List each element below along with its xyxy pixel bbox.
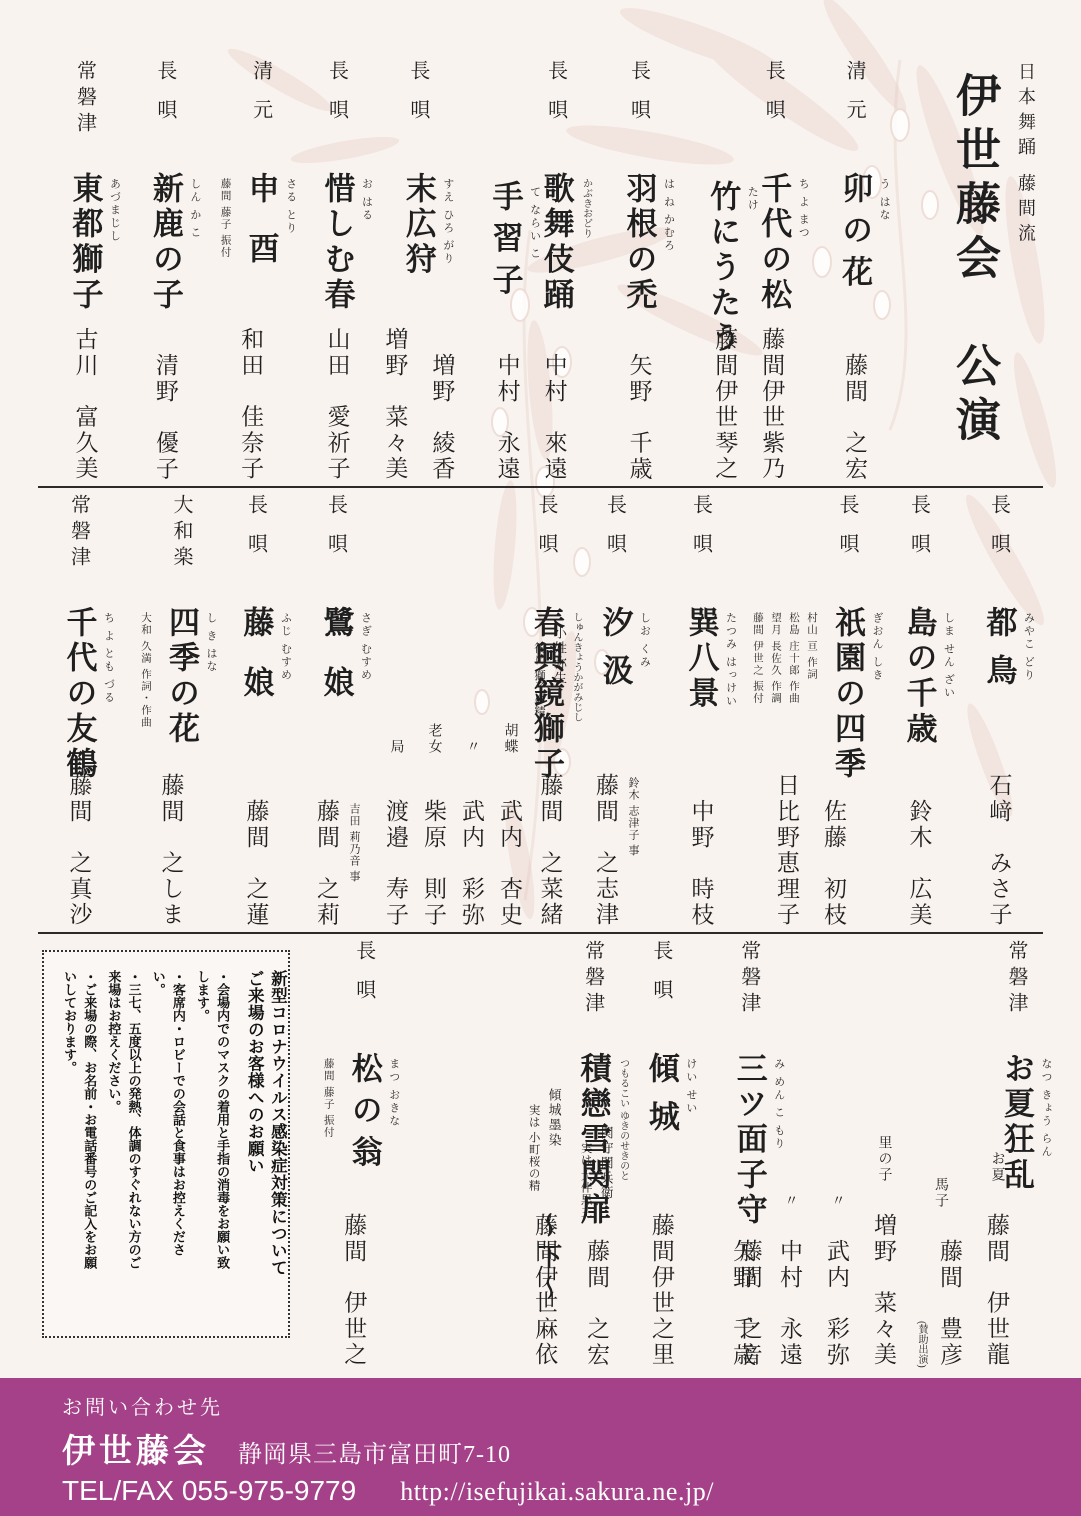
- performer-name: 藤間 伊世之: [337, 1213, 370, 1368]
- performer-name: 藤間伊世琴之: [708, 327, 741, 482]
- notice-title-line2: ご来場のお客様へのお願い: [242, 970, 265, 1318]
- furigana: は ね かむろ: [660, 178, 676, 253]
- program-entry: 長唄 島の千歳 しま せん ざい 鈴木 広美: [879, 494, 959, 932]
- genre-label: 常磐津: [65, 494, 94, 598]
- title-wrap: 都鳥 みやこ どり: [977, 606, 1022, 707]
- genre-label: 長唄: [350, 940, 379, 1044]
- performer-name: 増野 菜々美: [378, 327, 411, 482]
- furigana: ち よ まつ: [795, 178, 811, 240]
- genre-label: 常磐津: [735, 940, 764, 1044]
- role-group: 小姓弥生 後に 獅子の精: [531, 626, 569, 730]
- title-wrap: 巽八景 たつみ はっけい: [679, 606, 724, 717]
- attribution-text: 藤間 伊世之 振付: [750, 612, 765, 788]
- furigana: ち よ とも づる: [101, 612, 117, 704]
- contact-footer: お問い合わせ先 伊世藤会 静岡県三島市富田町7-10 TEL/FAX 055-9…: [0, 1378, 1081, 1516]
- notice-bullet: ・会場内でのマスクの着用と手指の消毒をお願い致します。: [192, 970, 232, 1270]
- entry-head: 長唄 島の千歳 しま せん ざい: [879, 494, 959, 752]
- cast-unit: 佐藤 初枝: [817, 799, 850, 928]
- entry-head: 長唄 羽根の禿 は ね かむろ: [600, 60, 678, 318]
- performer-name: 藤間伊世紫乃: [755, 327, 788, 482]
- program-page: 日本舞踊 藤間流 伊世藤会 公演 清元 卯の花 う はな: [0, 0, 1081, 1516]
- cast-unit: 局 渡邉 寿子: [379, 739, 412, 928]
- program-entry: 長唄 鷺娘 さぎ むすめ 藤間 之莉 吉田 莉乃音 事: [291, 494, 381, 932]
- attribution: 大和 久満 作詞・作曲: [138, 612, 153, 752]
- title-wrap: 祇園の四季 ぎおん しき: [825, 606, 870, 788]
- cast: 古川 富久美: [42, 327, 128, 482]
- cast-unit: 藤間 伊世之: [337, 1213, 370, 1368]
- cast-unit: 清野 優子: [149, 353, 182, 482]
- performer-name: 藤間 豊彦: [933, 1239, 966, 1368]
- genre-label: 常磐津: [579, 940, 608, 1044]
- piece-title: 羽根の禿: [616, 172, 661, 313]
- program-entry: 長唄 千代の松 ち よ まつ 竹にうたう たけ: [678, 60, 818, 486]
- notice-bullet: ・客席内・ロビーでの会話と食事はお控えください。: [148, 970, 188, 1270]
- title-column: 長唄 末広狩 すえ ひろ がり: [396, 60, 441, 283]
- cast: 関守関兵衛 実は 大伴黒主 藤間 之宏 傾城墨染 実は 小町桜の精 藤間伊世麻依: [418, 1088, 616, 1368]
- covid-notice-content: 新型コロナウイルス感染症対策について ご来場のお客様へのお願い ・会場内でのマス…: [59, 970, 288, 1318]
- cast: 藤間 之音: [707, 1239, 791, 1368]
- cast: 藤間 之しま: [121, 773, 221, 928]
- contact-line: TEL/FAX 055-975-9779 http://isefujikai.s…: [62, 1475, 1081, 1507]
- performer-name: 武内 彩弥: [820, 1239, 853, 1368]
- cast-unit: 藤間伊世之里: [645, 1213, 678, 1368]
- furigana: ぎおん しき: [869, 612, 885, 682]
- genre-label: 長唄: [647, 940, 676, 1044]
- cast-unit: 藤間 之宏: [838, 353, 871, 482]
- entry-head: 長唄 藤娘 ふじ むすめ: [221, 494, 291, 732]
- performer-name: 藤間 之しま: [155, 773, 188, 928]
- cast-unit: 関守関兵衛 実は 大伴黒主 藤間 之宏: [578, 1126, 616, 1368]
- entry-head: 長唄 歌舞伎踊 かぶきおどり 手習子 て ならい こ: [462, 60, 600, 318]
- performer-name: 藤間 之菜緒: [534, 773, 567, 928]
- performer-name: 中村 永遠: [491, 353, 524, 482]
- performer-name: 藤間 之宏: [580, 1239, 613, 1368]
- title-wrap: 申酉 さる とり: [239, 172, 284, 298]
- program-header: 日本舞踊 藤間流 伊世藤会 公演: [891, 60, 1039, 486]
- organization-name: 伊世藤会: [62, 1425, 210, 1472]
- title-column: 常磐津 三ツ面子守 み めん こ もり: [727, 940, 772, 1234]
- cast: 藤間伊世紫乃 藤間伊世琴之: [678, 327, 818, 482]
- cast-unit: 胡蝶 武内 杏史: [493, 723, 526, 928]
- furigana: あづまじし: [107, 178, 123, 243]
- performer-name: 石﨑 みさ子: [983, 773, 1016, 928]
- genre-label: 大和楽: [167, 494, 196, 598]
- cast: 山田 愛祈子: [299, 327, 375, 482]
- school-column: 日本舞踊 藤間流: [1013, 60, 1039, 450]
- notice-bullet: ・三七、五度以上の発熱、体調のすぐれない方のご来場はお控えください。: [103, 970, 143, 1270]
- entry-head: 清元 申酉 さる とり 藤間 藤子 振付: [203, 60, 299, 298]
- furigana: み めん こ もり: [771, 1058, 787, 1150]
- genre-label: 長唄: [151, 60, 180, 164]
- cast-unit: 和田 佳奈子: [234, 327, 267, 482]
- title-wrap: 傾城 けい せい: [639, 1052, 684, 1153]
- role-label: 〃: [826, 1193, 846, 1209]
- genre-label: 長唄: [322, 60, 351, 164]
- attribution-text: 藤間 藤子 振付: [218, 178, 233, 298]
- title-wrap: 東都獅子 あづまじし: [63, 172, 108, 318]
- performer-name: 中村 來遠: [538, 353, 571, 482]
- cast-unit: 里の子 増野 菜々美: [867, 1135, 900, 1368]
- role-group: 傾城墨染 実は 小町桜の精: [526, 1088, 564, 1191]
- title-column: 常磐津 千代の友鶴 ち よ とも づる: [57, 494, 102, 788]
- genre-label: 清元: [247, 60, 276, 164]
- piece-title: 巽八景: [679, 606, 724, 712]
- program-section-1: 日本舞踊 藤間流 伊世藤会 公演 清元 卯の花 う はな: [0, 54, 1081, 486]
- cast: 佐藤 初枝 日比野恵理子: [741, 773, 879, 928]
- furigana: つもるこい ゆきのせきのと: [616, 1058, 631, 1181]
- title-wrap: 松の翁 まつ おきな: [342, 1052, 387, 1183]
- notice-title-line1: 新型コロナウイルス感染症対策について: [265, 970, 288, 1318]
- cast-unit: 古川 富久美: [69, 327, 102, 482]
- piece-title: 惜しむ春: [314, 172, 359, 313]
- title-column: 長唄 羽根の禿 は ね かむろ: [616, 60, 661, 318]
- furigana: たけ: [744, 186, 760, 212]
- performer-name: 増野 菜々美: [867, 1213, 900, 1368]
- program-entry: 常磐津 積戀雪関扉 つもるこい ゆきのせきのと 〜下〜 関守関兵衛: [418, 940, 616, 1372]
- piece-title: 四季の花: [159, 606, 204, 747]
- genre-label: 長唄: [322, 494, 351, 598]
- piece-title: 申酉: [239, 172, 284, 293]
- contact-line: 伊世藤会 静岡県三島市富田町7-10: [62, 1425, 1081, 1472]
- furigana: さぎ むすめ: [358, 612, 374, 682]
- attribution-text: 松島 庄十郎 作曲: [786, 612, 801, 788]
- furigana: たつみ はっけい: [723, 612, 739, 708]
- header-columns: 日本舞踊 藤間流 伊世藤会 公演: [891, 60, 1039, 450]
- genre-label: 常磐津: [71, 60, 100, 164]
- performer-name: 藤間 之音: [733, 1239, 766, 1368]
- program-section-2: 長唄 都鳥 みやこ どり 石﨑 みさ子 長唄: [0, 488, 1081, 932]
- program-entry: 長唄 松の翁 まつ おきな 藤間 藤子 振付 藤間 伊世之: [300, 940, 408, 1372]
- entry-head: 長唄 祇園の四季 ぎおん しき 村山 亘 作詞 松島 庄十郎 作曲 望月 長佐久…: [741, 494, 879, 788]
- furigana: お はる: [358, 178, 374, 222]
- attribution: 藤間 藤子 振付: [218, 178, 233, 298]
- entry-head: 常磐津 千代の友鶴 ち よ とも づる: [37, 494, 121, 788]
- role-label: 傾城墨染: [545, 1088, 564, 1191]
- genre-label: 長唄: [759, 60, 788, 164]
- title-column: 清元 卯の花 う はな: [832, 60, 877, 303]
- title-column: 長唄 傾城 けい せい: [639, 940, 684, 1153]
- genre-label: 長唄: [985, 494, 1014, 598]
- address: 静岡県三島市富田町7-10: [238, 1434, 511, 1469]
- performer-name: 日比野恵理子: [770, 773, 803, 928]
- title-column: 長唄 新鹿の子 しん か こ: [143, 60, 188, 318]
- program-entry: 清元 申酉 さる とり 藤間 藤子 振付 和田 佳奈子: [203, 60, 299, 486]
- cast: 藤間 之真沙: [37, 773, 121, 928]
- cast-unit: 藤間 之莉 吉田 莉乃音 事: [310, 799, 362, 928]
- title-column: 長唄 汐汲 しお くみ: [593, 494, 638, 707]
- guest-note: (賛助出演): [914, 1321, 929, 1368]
- entry-head: 大和楽 四季の花 し き はな 大和 久満 作詞・作曲: [121, 494, 221, 752]
- piece-title: 都鳥: [977, 606, 1022, 702]
- entry-head: 長唄 都鳥 みやこ どり: [959, 494, 1039, 707]
- role-label: 馬子: [930, 1177, 950, 1209]
- genre-label: 長唄: [532, 494, 561, 598]
- entry-head: 常磐津 東都獅子 あづまじし: [42, 60, 128, 318]
- furigana: さる とり: [283, 178, 299, 235]
- role-label: 〃: [462, 739, 482, 755]
- performer-name: 武内 杏史: [493, 799, 526, 928]
- cast: 矢野 千歳: [600, 353, 678, 482]
- program-entry: 長唄 羽根の禿 は ね かむろ 矢野 千歳: [600, 60, 678, 486]
- performer-name: 藤間伊世麻依: [528, 1213, 561, 1368]
- notice-bullet: ・ご来場の際、お名前・お電話番号のご記入をお願いしております。: [59, 970, 99, 1270]
- covid-notice-box: 新型コロナウイルス感染症対策について ご来場のお客様へのお願い ・会場内でのマス…: [42, 950, 290, 1338]
- performer-alias: 鈴木 志津子 事: [625, 777, 641, 857]
- cast-unit: 藤間 之蓮: [240, 799, 273, 928]
- program-entry: 常磐津 東都獅子 あづまじし 古川 富久美: [42, 60, 128, 486]
- attribution: 村山 亘 作詞 松島 庄十郎 作曲 望月 長佐久 作調 藤間 伊世之 振付: [750, 612, 819, 788]
- cast-unit: 日比野恵理子: [770, 773, 803, 928]
- title-column: 長唄 祇園の四季 ぎおん しき: [825, 494, 870, 788]
- entry-head: 長唄 新鹿の子 しん か こ: [128, 60, 202, 318]
- genre-label: 長唄: [242, 494, 271, 598]
- piece-title: 汐汲: [593, 606, 638, 702]
- program-entry: 清元 卯の花 う はな 藤間 之宏: [819, 60, 891, 486]
- cast: 中村 來遠 中村 永遠: [462, 353, 600, 482]
- notice-bullets: ・会場内でのマスクの着用と手指の消毒をお願い致します。 ・客席内・ロビーでの会話…: [59, 970, 232, 1318]
- cast-unit: 石﨑 みさ子: [983, 773, 1016, 928]
- performer-name: 藤間 之宏: [838, 353, 871, 482]
- performer-name: 藤間 之蓮: [240, 799, 273, 928]
- title-column: 大和楽 四季の花 し き はな: [159, 494, 204, 752]
- genre-label: 長唄: [905, 494, 934, 598]
- furigana: う はな: [876, 178, 892, 222]
- furigana: かぶきおどり: [579, 178, 594, 238]
- piece-title: 三ツ面子守: [727, 1052, 772, 1229]
- cast-unit: 藤間 之しま: [155, 773, 188, 928]
- cast: お夏 藤間 伊世龍 馬子 (賛助出演) 藤間 豊彦 里の子 増野 菜々美: [801, 1135, 1013, 1368]
- main-title-column: 伊世藤会 公演: [942, 60, 1007, 450]
- furigana: て ならい こ: [527, 186, 543, 261]
- performer-name: 藤間 伊世龍: [980, 1213, 1013, 1368]
- cast: 藤間 之莉 吉田 莉乃音 事: [291, 799, 381, 928]
- cast-unit: 山田 愛祈子: [320, 327, 353, 482]
- performer-name: 和田 佳奈子: [234, 327, 267, 482]
- program-entry: 長唄 春興鏡獅子 しゅんきょうかがみじし 小姓弥生 後に 獅子の精 藤間 之菜緒: [381, 494, 569, 932]
- entry-head: 長唄 千代の松 ち よ まつ 竹にうたう たけ: [678, 60, 818, 362]
- role-label: お夏: [986, 1151, 1006, 1183]
- program-entry: 長唄 祇園の四季 ぎおん しき 村山 亘 作詞 松島 庄十郎 作曲 望月 長佐久…: [741, 494, 879, 932]
- furigana: ふじ むすめ: [278, 612, 294, 682]
- title-wrap: 末広狩 すえ ひろ がり: [396, 172, 441, 283]
- furigana: なつ きょう らん: [1038, 1058, 1054, 1159]
- piece-title: 東都獅子: [63, 172, 108, 313]
- title-wrap: 鷺娘 さぎ むすめ: [314, 606, 359, 732]
- title-column: 清元 申酉 さる とり: [239, 60, 284, 298]
- cast-unit: 中村 來遠: [538, 353, 571, 482]
- title-column: 長唄 松の翁 まつ おきな: [342, 940, 387, 1183]
- performer-name: 鈴木 広美: [903, 799, 936, 928]
- cast-unit: 〃 武内 彩弥: [455, 739, 488, 928]
- title-column: 手習子 て ならい こ: [483, 172, 528, 318]
- performer-alias: 吉田 莉乃音 事: [346, 803, 362, 883]
- piece-title: 藤娘: [234, 606, 279, 727]
- genre-label: 長唄: [404, 60, 433, 164]
- piece-title: 手習子: [483, 180, 528, 306]
- title-column: 長唄 惜しむ春 お はる: [314, 60, 359, 318]
- cast: 藤間 之宏: [819, 353, 891, 482]
- name-group: 藤間 之志津 鈴木 志津子 事: [589, 773, 641, 928]
- program-entry: 常磐津 三ツ面子守 み めん こ もり 藤間 之音: [707, 940, 791, 1372]
- performer-name: 山田 愛祈子: [320, 327, 353, 482]
- tel-fax: TEL/FAX 055-975-9779: [62, 1475, 356, 1507]
- program-entry: 長唄 歌舞伎踊 かぶきおどり 手習子 て ならい こ: [462, 60, 600, 486]
- cast: 藤間伊世之里: [625, 1213, 697, 1368]
- program-entry: 長唄 巽八景 たつみ はっけい 中野 時枝: [661, 494, 741, 932]
- piece-title: 傾城: [639, 1052, 684, 1148]
- cast-unit: 増野 菜々美: [378, 327, 411, 482]
- cast-unit: 中野 時枝: [685, 799, 718, 928]
- program-entry: 常磐津 お夏狂乱 なつ きょう らん お夏 藤間 伊世龍 馬子: [801, 940, 1039, 1372]
- performer-name: 藤間 之志津: [589, 773, 622, 928]
- cast: 小姓弥生 後に 獅子の精 藤間 之菜緒 胡蝶 武内 杏史 〃 武内 彩弥: [381, 626, 569, 928]
- title-column: 長唄 巽八景 たつみ はっけい: [679, 494, 724, 717]
- program-entry: 大和楽 四季の花 し き はな 大和 久満 作詞・作曲 藤間 之しま: [121, 494, 221, 932]
- title-column: 長唄 鷺娘 さぎ むすめ: [314, 494, 359, 732]
- performer-name: 藤間 之莉: [310, 799, 343, 928]
- program-entry: 長唄 末広狩 すえ ひろ がり 増野 綾香 増野 菜々美: [375, 60, 461, 486]
- piece-title: 新鹿の子: [143, 172, 188, 313]
- title-wrap: 四季の花 し き はな: [159, 606, 204, 752]
- performer-name: 佐藤 初枝: [817, 799, 850, 928]
- entry-head: 長唄 鷺娘 さぎ むすめ: [291, 494, 381, 732]
- cast: 中野 時枝: [661, 799, 741, 928]
- title-wrap: 手習子 て ならい こ: [483, 180, 528, 311]
- role-sublabel: 実は 大伴黒主: [578, 1142, 594, 1217]
- genre-label: 長唄: [624, 60, 653, 164]
- title-column: 長唄 島の千歳 しま せん ざい: [897, 494, 942, 752]
- role-sublabel: 実は 小町桜の精: [526, 1104, 542, 1191]
- performer-name: 中野 時枝: [685, 799, 718, 928]
- title-wrap: 島の千歳 しま せん ざい: [897, 606, 942, 752]
- furigana: しま せん ざい: [941, 612, 957, 700]
- page-title: 伊世藤会 公演: [942, 72, 1007, 450]
- attribution-text: 大和 久満 作詞・作曲: [138, 612, 153, 752]
- cast-unit: 老女 柴原 則子: [417, 723, 450, 928]
- attribution-text: 村山 亘 作詞: [804, 612, 819, 788]
- contact-label: お問い合わせ先: [62, 1391, 1081, 1420]
- name-group: (賛助出演) 藤間 豊彦: [914, 1239, 966, 1368]
- entry-head: 長唄 末広狩 すえ ひろ がり: [375, 60, 461, 283]
- title-wrap: 三ツ面子守 み めん こ もり: [727, 1052, 772, 1234]
- performer-name: 藤間伊世之里: [645, 1213, 678, 1368]
- role-label: 胡蝶: [500, 723, 520, 755]
- cast: 藤間 之蓮: [221, 799, 291, 928]
- cast-unit: 藤間 之志津 鈴木 志津子 事: [589, 773, 641, 928]
- cast-unit: 藤間伊世紫乃: [755, 327, 788, 482]
- cast-unit: 矢野 千歳: [622, 353, 655, 482]
- cast: 石﨑 みさ子: [959, 773, 1039, 928]
- furigana: し き はな: [203, 612, 219, 674]
- program-entry: 長唄 新鹿の子 しん か こ 清野 優子: [128, 60, 202, 486]
- cast-unit: 鈴木 広美: [903, 799, 936, 928]
- furigana: みやこ どり: [1021, 612, 1037, 682]
- cast: 藤間 伊世之: [300, 1213, 408, 1368]
- title-column: 長唄 藤娘 ふじ むすめ: [234, 494, 279, 732]
- role-group: 関守関兵衛 実は 大伴黒主: [578, 1126, 616, 1217]
- performer-name: 清野 優子: [149, 353, 182, 482]
- entry-head: 清元 卯の花 う はな: [819, 60, 891, 303]
- entry-head: 長唄 惜しむ春 お はる: [299, 60, 375, 318]
- attribution: 藤間 藤子 振付: [321, 1058, 336, 1183]
- name-group: 藤間 之莉 吉田 莉乃音 事: [310, 799, 362, 928]
- piece-title: 祇園の四季: [825, 606, 870, 783]
- entry-head: 長唄 傾城 けい せい: [625, 940, 697, 1153]
- title-wrap: 千代の友鶴 ち よ とも づる: [57, 606, 102, 788]
- performer-name: 武内 彩弥: [455, 799, 488, 928]
- performer-name: 柴原 則子: [417, 799, 450, 928]
- school-name: 日本舞踊 藤間流: [1013, 62, 1039, 249]
- website-url: http://isefujikai.sakura.ne.jp/: [400, 1477, 714, 1507]
- piece-title: 島の千歳: [897, 606, 942, 747]
- cast-unit: 小姓弥生 後に 獅子の精 藤間 之菜緒: [531, 626, 569, 928]
- program-entry: 長唄 傾城 けい せい 藤間伊世之里: [625, 940, 697, 1372]
- entry-head: 長唄 巽八景 たつみ はっけい: [661, 494, 741, 717]
- cast-unit: 中村 永遠: [491, 353, 524, 482]
- cast-unit: 〃 武内 彩弥: [820, 1193, 853, 1368]
- cast-unit: 傾城墨染 実は 小町桜の精 藤間伊世麻依: [526, 1088, 564, 1368]
- piece-title: 鷺娘: [314, 606, 359, 727]
- performer-name: 渡邉 寿子: [379, 799, 412, 928]
- role-label: 局: [386, 739, 406, 755]
- piece-title: 末広狩: [396, 172, 441, 278]
- performer-name: 矢野 千歳: [622, 353, 655, 482]
- performer-name: 古川 富久美: [69, 327, 102, 482]
- cast: 清野 優子: [128, 353, 202, 482]
- entry-head: 常磐津 三ツ面子守 み めん こ もり: [707, 940, 791, 1234]
- program-entry: 常磐津 千代の友鶴 ち よ とも づる 藤間 之真沙: [37, 494, 121, 932]
- entry-head: 長唄 松の翁 まつ おきな 藤間 藤子 振付: [300, 940, 408, 1183]
- role-label: 里の子: [873, 1135, 893, 1183]
- cast-unit: 藤間伊世琴之: [708, 327, 741, 482]
- cast: 鈴木 広美: [879, 799, 959, 928]
- title-wrap: 卯の花 う はな: [832, 172, 877, 303]
- furigana: すえ ひろ がり: [440, 178, 456, 266]
- genre-label: 常磐津: [1002, 940, 1031, 1044]
- title-column: 長唄 都鳥 みやこ どり: [977, 494, 1022, 707]
- program-entry: 長唄 惜しむ春 お はる 山田 愛祈子: [299, 60, 375, 486]
- cast-unit: 馬子 (賛助出演) 藤間 豊彦: [914, 1177, 966, 1368]
- title-column: 常磐津 東都獅子 あづまじし: [63, 60, 108, 318]
- cast: 藤間 之志津 鈴木 志津子 事: [569, 773, 661, 928]
- cast: 増野 綾香 増野 菜々美: [375, 327, 461, 482]
- title-wrap: 惜しむ春 お はる: [314, 172, 359, 318]
- title-wrap: 汐汲 しお くみ: [593, 606, 638, 707]
- cast-unit: 増野 綾香: [425, 353, 458, 482]
- role-label: 老女: [424, 723, 444, 755]
- piece-title: 松の翁: [342, 1052, 387, 1178]
- attribution-text: 望月 長佐久 作調: [768, 612, 783, 788]
- program-entry: 長唄 藤娘 ふじ むすめ 藤間 之蓮: [221, 494, 291, 932]
- performer-name: 藤間 之真沙: [63, 773, 96, 928]
- performer-name: 増野 綾香: [425, 353, 458, 482]
- title-wrap: 藤娘 ふじ むすめ: [234, 606, 279, 732]
- title-wrap: 新鹿の子 しん か こ: [143, 172, 188, 318]
- genre-label: 長唄: [833, 494, 862, 598]
- role-sublabel: 後に 獅子の精: [531, 642, 547, 730]
- cast-unit: お夏 藤間 伊世龍: [980, 1151, 1013, 1368]
- cast: 和田 佳奈子: [203, 327, 299, 482]
- genre-label: 長唄: [687, 494, 716, 598]
- furigana: けい せい: [683, 1058, 699, 1115]
- furigana: しゅんきょうかがみじし: [569, 612, 584, 722]
- role-label: 関守関兵衛: [597, 1126, 616, 1217]
- title-wrap: 羽根の禿 は ね かむろ: [616, 172, 661, 318]
- furigana: まつ おきな: [386, 1058, 402, 1128]
- genre-label: 長唄: [601, 494, 630, 598]
- cast-unit: 藤間 之真沙: [63, 773, 96, 928]
- attribution-text: 藤間 藤子 振付: [321, 1058, 336, 1183]
